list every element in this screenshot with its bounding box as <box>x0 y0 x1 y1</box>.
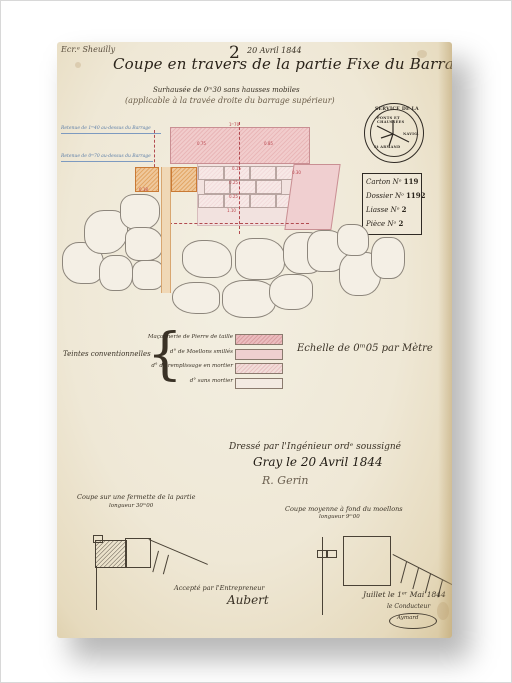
left-apron-line <box>152 551 159 573</box>
corner-note: Ecr.ᵉ Sheuilly <box>61 45 115 54</box>
place-date: Gray le 20 Avril 1844 <box>253 455 383 469</box>
elevation-note-lower: Retenue de 0ᵐ70 au-dessus du Barrage <box>61 154 151 159</box>
brick <box>256 180 282 194</box>
legend-swatch-1 <box>235 334 283 345</box>
base-dimension-line <box>169 223 309 224</box>
legend-swatch-3 <box>235 363 283 374</box>
drafted-by: Dressé par l'Ingénieur ordᵉ soussigné <box>229 442 401 452</box>
legend-item-3: d° de remplissage en mortier <box>145 363 233 369</box>
legend-swatch-2 <box>235 349 283 360</box>
brick <box>250 166 276 180</box>
left-section-stake <box>96 566 97 610</box>
archive-reference-box: Carton Nᵒ 119 Dossier Nᵒ 1192 Liasse Nᵒ … <box>362 173 422 235</box>
elevation-line-lower <box>61 161 153 162</box>
brick <box>198 166 224 180</box>
rubble-stone <box>337 224 369 256</box>
rubble-stone <box>99 255 133 291</box>
dim-masonry-4: 1.10 <box>227 208 236 213</box>
subtitle: Surhausée de 0ᵐ30 sans hausses mobiles <box>153 86 300 94</box>
dim-masonry-1: 0.15 <box>232 166 241 171</box>
left-section-block <box>95 540 127 568</box>
ref-row-piece: Pièce Nᵒ 2 <box>366 219 403 228</box>
legend-item-1: Maçonnerie de Pierre de taille <box>145 334 233 340</box>
foxing-spot <box>437 602 449 620</box>
ref-row-dossier: Dossier Nᵒ 1192 <box>366 191 426 200</box>
rubble-stone <box>269 274 313 310</box>
legend-swatch-4 <box>235 378 283 389</box>
dim-pier-top: 0.30 <box>292 170 301 175</box>
brick <box>250 194 276 208</box>
dim-masonry-3: 0.25 <box>229 194 238 199</box>
right-apron-line <box>412 568 419 590</box>
done-date: Juillet le 1ᵉʳ Mai 1844 <box>363 590 446 599</box>
rubble-stone <box>371 237 405 279</box>
dim-cap-width: 1ᵐ70 <box>229 122 239 127</box>
conducteur-label: le Conducteur <box>387 603 430 610</box>
left-section-cap <box>93 535 103 543</box>
right-section-marker <box>327 550 337 558</box>
right-drawing-caption: Coupe moyenne à fond du moellons <box>285 505 403 513</box>
rubble-stone <box>235 238 285 280</box>
rubble-stone <box>125 227 163 261</box>
left-drawing-caption: Coupe sur une fermette de la partie <box>77 493 195 501</box>
contractor-signature: Aubert <box>227 593 269 607</box>
timber-post <box>161 167 171 293</box>
accepted-by: Accepté par l'Entrepreneur <box>174 584 265 592</box>
elevation-note-upper: Retenue de 1ᵐ40 au-dessus du Barrage <box>61 126 151 131</box>
left-apron-line <box>163 555 169 575</box>
ref-row-carton: Carton Nᵒ 119 <box>366 177 418 186</box>
foxing-spot <box>75 62 81 68</box>
right-section-stake <box>322 537 323 615</box>
date-top: 20 Avril 1844 <box>247 46 302 55</box>
dim-masonry-2: 0.25 <box>229 180 238 185</box>
right-drawing-length: longueur 9ᵐ00 <box>319 514 360 520</box>
ref-row-liasse: Liasse Nᵒ 2 <box>366 205 407 214</box>
right-section-block <box>343 536 391 586</box>
legend-label: Teintes conventionnelles <box>63 350 151 358</box>
brick <box>204 180 230 194</box>
elevation-line-upper <box>61 133 161 134</box>
archive-stamp: SERVICE DE LA PONTS ET CHAUSSÉES St ARMA… <box>364 103 424 163</box>
rubble-stone <box>182 240 232 278</box>
masonry-body <box>197 163 299 226</box>
dim-cap-right: 0.85 <box>264 141 273 146</box>
applicability-note: (applicable à la travée droite du barrag… <box>125 96 335 105</box>
page-title: Coupe en travers de la partie Fixe du Ba… <box>113 55 452 73</box>
rubble-stone <box>222 280 276 318</box>
stamp-outer-text: SERVICE DE LA <box>375 107 419 112</box>
right-apron-line <box>437 580 443 598</box>
left-section-wall <box>125 538 151 568</box>
rubble-stone <box>132 260 164 290</box>
legend-item-2: d° de Moellons smillés <box>145 349 233 355</box>
engineer-signature: R. Gerin <box>262 474 308 487</box>
dim-wood-bottom: 0.18 <box>139 187 148 192</box>
rubble-stone <box>172 282 220 314</box>
center-axis-line <box>239 122 240 234</box>
height-dimension-line <box>154 130 155 172</box>
scale-note: Echelle de 0ᵐ05 par Mètre <box>297 343 433 354</box>
right-apron-line <box>400 562 407 584</box>
rubble-stone <box>120 194 160 230</box>
brick <box>198 194 224 208</box>
left-drawing-length: longueur 30ᵐ00 <box>109 503 153 509</box>
river-map-icon <box>375 118 413 148</box>
cap-stone <box>170 127 310 164</box>
oval-stamp-text: Aymard <box>397 615 419 621</box>
document-sheet: Ecr.ᵉ Sheuilly 2 20 Avril 1844 Coupe en … <box>57 42 452 638</box>
dim-cap-left: 0.75 <box>197 141 206 146</box>
legend-item-4: d° sans mortier <box>145 378 233 384</box>
timber-sill-right <box>171 167 197 192</box>
